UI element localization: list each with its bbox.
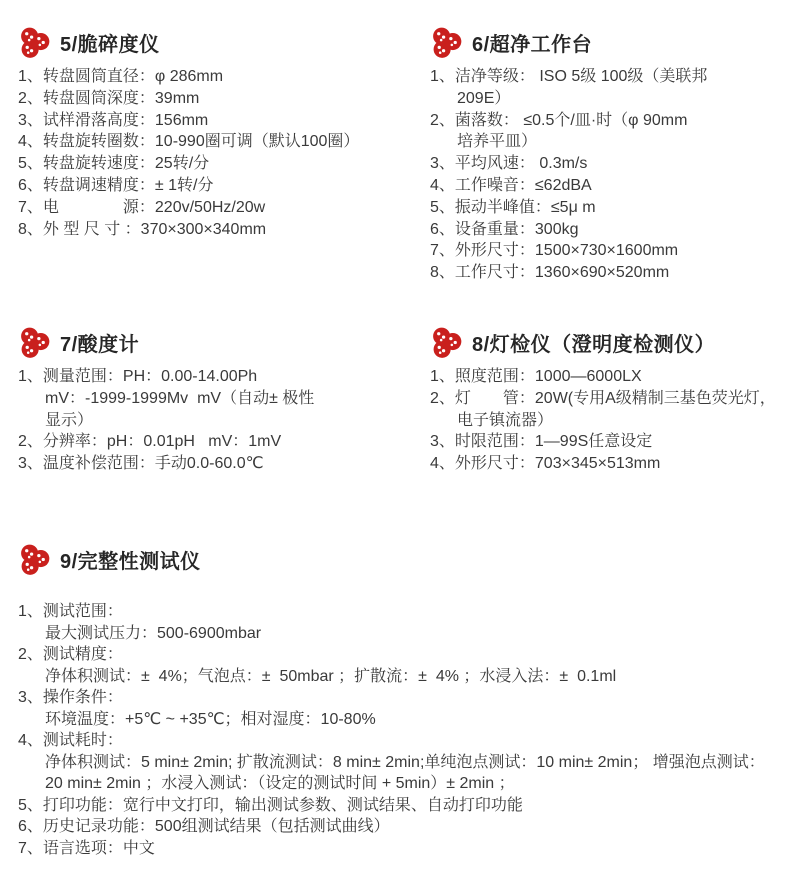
spec-line: 6、历史记录功能：500组测试结果（包括测试曲线） [18,816,800,838]
spec-item: 5、振动半峰值：≤5μ m [430,197,792,219]
spec-line-continuation: 净体积测试：± 4%；气泡点：± 50mbar ；扩散流：± 4% ；水浸入法：… [18,666,800,688]
spec-item: 3、试样滑落高度：156mm [18,110,416,132]
berry-seal-icon [18,26,51,59]
spec-line: 3、平均风速： 0.3m/s [430,153,792,175]
spec-list: 1、洁净等级： ISO 5级 100级（美联邦209E）2、菌落数： ≤0.5个… [430,66,792,284]
spec-line: 7、语言选项：中文 [18,838,800,860]
spec-line-continuation: 电子镇流器） [430,410,794,432]
spec-line: 4、测试耗时： [18,730,800,752]
section-clean-bench: 6/超净工作台 1、洁净等级： ISO 5级 100级（美联邦209E）2、菌落… [430,26,792,284]
spec-item: 8、外 型 尺 寸 ：370×300×340mm [18,219,416,241]
spec-item: 3、操作条件：环境温度：+5℃ ~ +35℃；相对湿度：10-80% [18,687,800,730]
spec-line: 1、洁净等级： ISO 5级 100级（美联邦 [430,66,792,88]
spec-item: 6、设备重量：300kg [430,219,792,241]
spec-item: 3、温度补偿范围：手动0.0-60.0℃ [18,453,416,475]
spec-line: 2、灯 管：20W(专用A级精制三基色荧光灯， [430,388,794,410]
spec-line: 1、测试范围： [18,601,800,623]
section-heading: 8/灯检仪（澄明度检测仪） [430,326,794,359]
berry-seal-icon [18,543,51,576]
spec-item: 7、电 源：220v/50Hz/20w [18,197,416,219]
spec-line: 8、工作尺寸：1360×690×520mm [430,262,792,284]
section-title: 7/酸度计 [60,328,139,357]
spec-line: 5、转盘旋转速度：25转/分 [18,153,416,175]
spec-item: 2、菌落数： ≤0.5个/皿·时（φ 90mm培养平皿） [430,110,792,154]
section-title: 6/超净工作台 [472,28,592,57]
spec-item: 4、测试耗时：净体积测试：5 min± 2min; 扩散流测试：8 min± 2… [18,730,800,795]
section-title: 8/灯检仪（澄明度检测仪） [472,328,715,357]
berry-seal-icon [430,26,463,59]
spec-line: 5、打印功能：宽行中文打印，输出测试参数、测试结果、自动打印功能 [18,795,800,817]
spec-line: 1、照度范围：1000—6000LX [430,366,794,388]
spec-item: 4、工作噪音：≤62dBA [430,175,792,197]
berry-seal-icon [430,326,463,359]
spec-item: 4、外形尺寸：703×345×513mm [430,453,794,475]
spec-line-continuation: 环境温度：+5℃ ~ +35℃；相对湿度：10-80% [18,709,800,731]
section-heading: 7/酸度计 [18,326,416,359]
section-heading: 5/脆碎度仪 [18,26,416,59]
section-heading: 6/超净工作台 [430,26,792,59]
spec-line: 3、试样滑落高度：156mm [18,110,416,132]
section-title: 5/脆碎度仪 [60,28,160,57]
spec-list: 1、测量范围：PH：0.00-14.00PhmV：-1999-1999Mv mV… [18,366,416,475]
spec-item: 6、历史记录功能：500组测试结果（包括测试曲线） [18,816,800,838]
spec-line: 3、操作条件： [18,687,800,709]
spec-line: 6、转盘调速精度：± 1转/分 [18,175,416,197]
spec-item: 4、转盘旋转圈数：10-990圈可调（默认100圈） [18,131,416,153]
spec-item: 1、转盘圆筒直径：φ 286mm [18,66,416,88]
spec-line: 1、测量范围：PH：0.00-14.00Ph [18,366,416,388]
spec-item: 5、打印功能：宽行中文打印，输出测试参数、测试结果、自动打印功能 [18,795,800,817]
spec-sheet: 5/脆碎度仪 1、转盘圆筒直径：φ 286mm2、转盘圆筒深度：39mm3、试样… [0,0,800,872]
spec-line-continuation: 培养平皿） [430,131,792,153]
spec-line: 2、转盘圆筒深度：39mm [18,88,416,110]
spec-line: 7、电 源：220v/50Hz/20w [18,197,416,219]
spec-item: 1、照度范围：1000—6000LX [430,366,794,388]
spec-item: 3、平均风速： 0.3m/s [430,153,792,175]
spec-item: 1、洁净等级： ISO 5级 100级（美联邦209E） [430,66,792,110]
spec-item: 2、分辨率：pH：0.01pH mV：1mV [18,431,416,453]
spec-line: 7、外形尺寸：1500×730×1600mm [430,240,792,262]
section-lamp-inspector: 8/灯检仪（澄明度检测仪） 1、照度范围：1000—6000LX2、灯 管：20… [430,326,794,475]
section-integrity-tester: 9/完整性测试仪 1、测试范围：最大测试压力：500-6900mbar2、测试精… [18,543,800,859]
spec-line: 2、菌落数： ≤0.5个/皿·时（φ 90mm [430,110,792,132]
spec-item: 6、转盘调速精度：± 1转/分 [18,175,416,197]
spec-line: 4、外形尺寸：703×345×513mm [430,453,794,475]
spec-line: 3、时限范围：1—99S任意设定 [430,431,794,453]
spec-line-continuation: 净体积测试：5 min± 2min; 扩散流测试：8 min± 2min;单纯泡… [18,752,800,774]
spec-line-continuation: 最大测试压力：500-6900mbar [18,623,800,645]
berry-seal-icon [18,326,51,359]
spec-line-continuation: mV：-1999-1999Mv mV（自动± 极性 [18,388,416,410]
spec-list: 1、测试范围：最大测试压力：500-6900mbar2、测试精度：净体积测试：±… [18,601,800,859]
spec-line: 2、测试精度： [18,644,800,666]
spec-list: 1、转盘圆筒直径：φ 286mm2、转盘圆筒深度：39mm3、试样滑落高度：15… [18,66,416,240]
spec-line: 6、设备重量：300kg [430,219,792,241]
spec-item: 3、时限范围：1—99S任意设定 [430,431,794,453]
spec-item: 7、语言选项：中文 [18,838,800,860]
section-ph-meter: 7/酸度计 1、测量范围：PH：0.00-14.00PhmV：-1999-199… [18,326,416,475]
spec-line: 8、外 型 尺 寸 ：370×300×340mm [18,219,416,241]
section-heading: 9/完整性测试仪 [18,543,800,576]
spec-line-continuation: 209E） [430,88,792,110]
spec-item: 2、测试精度：净体积测试：± 4%；气泡点：± 50mbar ；扩散流：± 4%… [18,644,800,687]
spec-line: 1、转盘圆筒直径：φ 286mm [18,66,416,88]
spec-line: 4、工作噪音：≤62dBA [430,175,792,197]
spec-line: 5、振动半峰值：≤5μ m [430,197,792,219]
spec-item: 1、测量范围：PH：0.00-14.00PhmV：-1999-1999Mv mV… [18,366,416,431]
section-title: 9/完整性测试仪 [60,545,201,574]
spec-line: 2、分辨率：pH：0.01pH mV：1mV [18,431,416,453]
spec-item: 2、灯 管：20W(专用A级精制三基色荧光灯，电子镇流器） [430,388,794,432]
spec-item: 2、转盘圆筒深度：39mm [18,88,416,110]
spec-line: 4、转盘旋转圈数：10-990圈可调（默认100圈） [18,131,416,153]
section-friability-tester: 5/脆碎度仪 1、转盘圆筒直径：φ 286mm2、转盘圆筒深度：39mm3、试样… [18,26,416,240]
spec-line-continuation: 20 min± 2min ；水浸入测试：（设定的测试时间 + 5min）± 2m… [18,773,800,795]
spec-item: 8、工作尺寸：1360×690×520mm [430,262,792,284]
spec-list: 1、照度范围：1000—6000LX2、灯 管：20W(专用A级精制三基色荧光灯… [430,366,794,475]
spec-line: 3、温度补偿范围：手动0.0-60.0℃ [18,453,416,475]
spec-item: 1、测试范围：最大测试压力：500-6900mbar [18,601,800,644]
spec-item: 5、转盘旋转速度：25转/分 [18,153,416,175]
spec-line-continuation: 显示） [18,410,416,432]
spec-item: 7、外形尺寸：1500×730×1600mm [430,240,792,262]
